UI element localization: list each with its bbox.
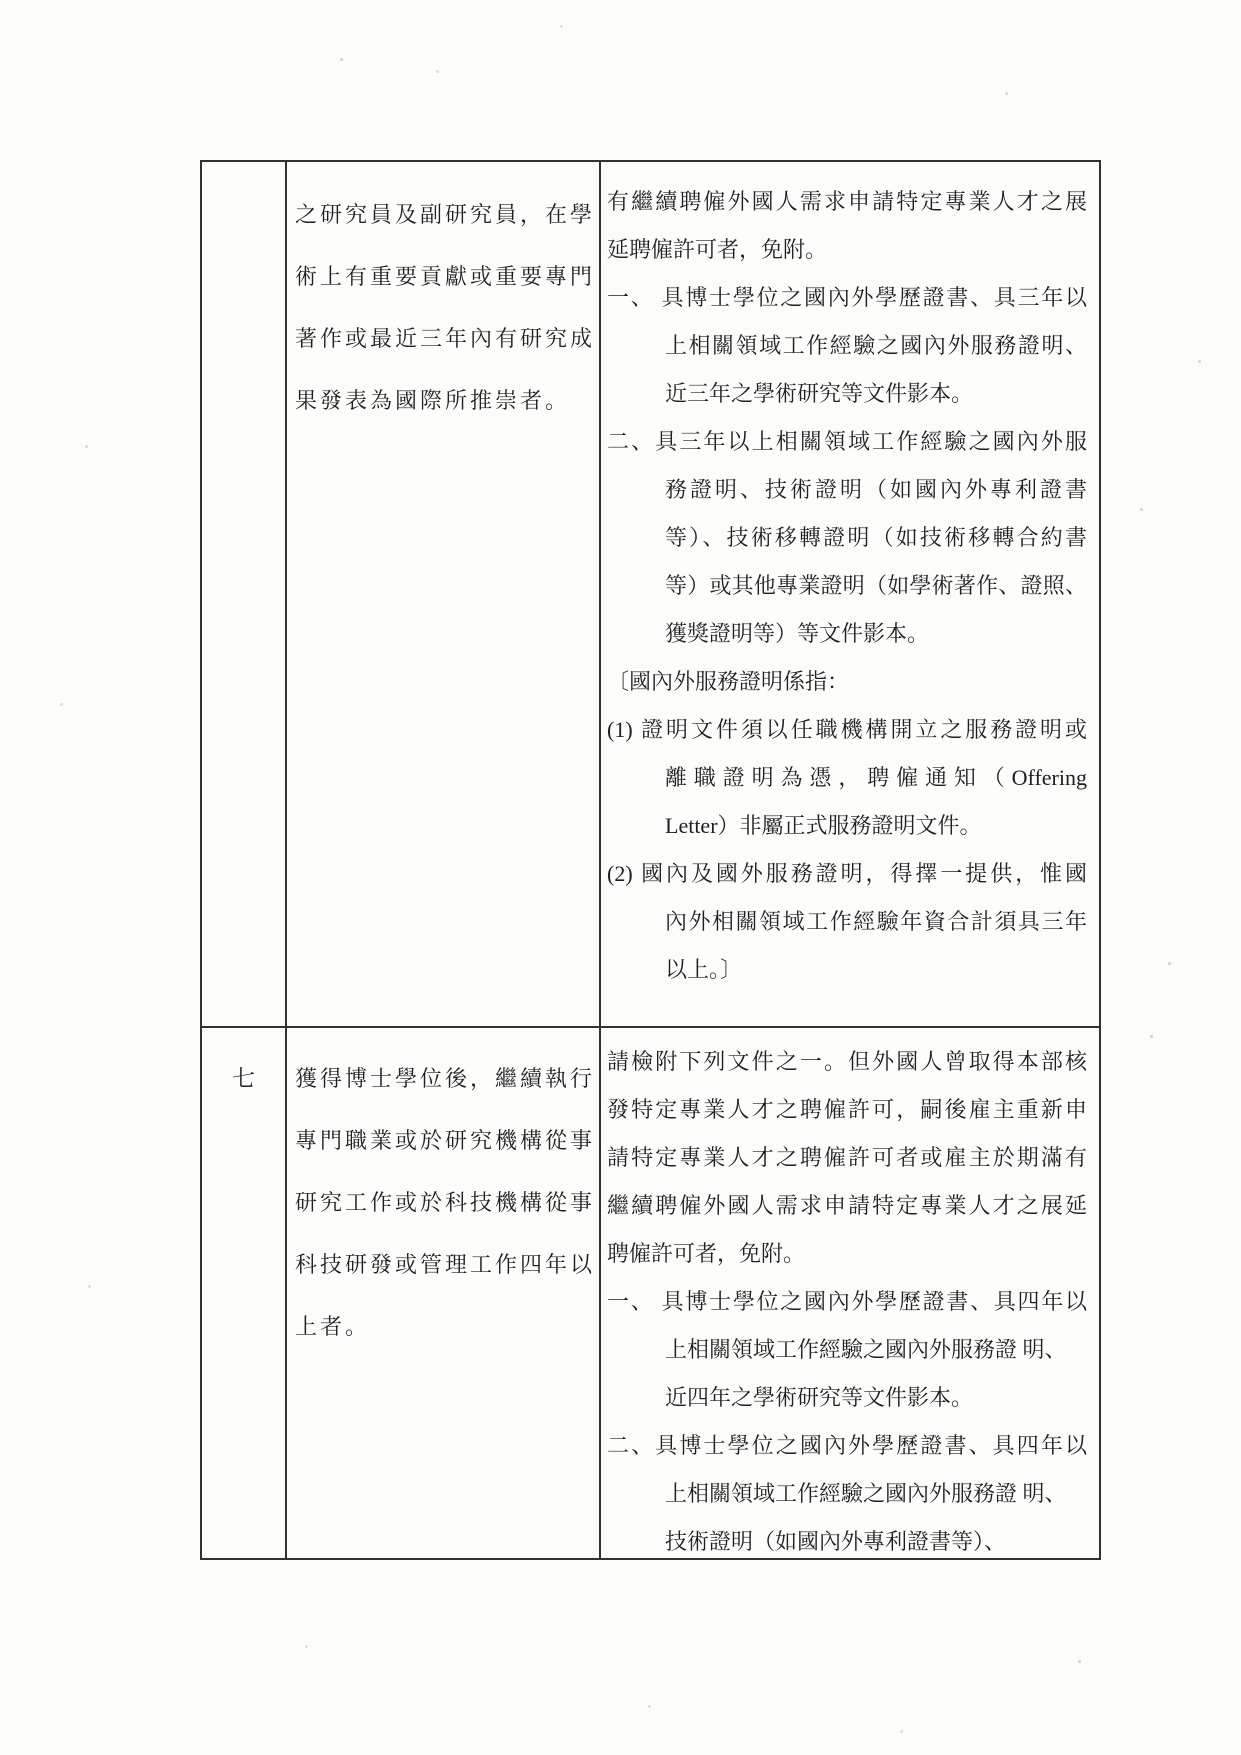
scanned-document-page: 之研究員及副研究員，在學 術上有重要貢獻或重要專門 著作或最近三年內有研究成 果…	[0, 0, 1241, 1755]
criteria-text-line: 獲得博士學位後，繼續執行	[295, 1048, 595, 1110]
row-number-cell	[202, 162, 285, 1026]
requirement-text-line: (1) 證明文件須以任職機構開立之服務證明或	[607, 706, 1087, 754]
required-documents-cell: 請檢附下列文件之一。但外國人曾取得本部核 發特定專業人才之聘僱許可，嗣後雇主重新…	[599, 1028, 1099, 1558]
criteria-text-line: 著作或最近三年內有研究成	[295, 308, 595, 370]
criteria-text-line: 上者。	[295, 1296, 595, 1358]
requirement-text-line: 等）、技術移轉證明（如技術移轉合約書	[607, 514, 1087, 562]
requirement-text-line: 請檢附下列文件之一。但外國人曾取得本部核	[607, 1038, 1087, 1086]
requirement-text-line: 上相關領域工作經驗之國內外服務證 明、	[607, 1470, 1087, 1518]
criteria-cell: 之研究員及副研究員，在學 術上有重要貢獻或重要專門 著作或最近三年內有研究成 果…	[285, 162, 599, 1026]
requirement-text-line: 繼續聘僱外國人需求申請特定專業人才之展延	[607, 1182, 1087, 1230]
table-row: 七 獲得博士學位後，繼續執行 專門職業或於研究機構從事 研究工作或於科技機構從事…	[202, 1026, 1099, 1558]
criteria-text-line: 研究工作或於科技機構從事	[295, 1172, 595, 1234]
requirement-text-line: 務證明、技術證明（如國內外專利證書	[607, 466, 1087, 514]
requirement-text-line: 技術證明（如國內外專利證書等）、	[607, 1518, 1087, 1558]
requirement-text-line: 獲獎證明等）等文件影本。	[607, 610, 1087, 658]
requirement-text-line: 一、 具博士學位之國內外學歷證書、具四年以	[607, 1278, 1087, 1326]
requirement-text-line: 內外相關領域工作經驗年資合計須具三年	[607, 898, 1087, 946]
requirement-text-line: 上相關領域工作經驗之國內外服務證 明、	[607, 1326, 1087, 1374]
criteria-text-line: 專門職業或於研究機構從事	[295, 1110, 595, 1172]
table-row: 之研究員及副研究員，在學 術上有重要貢獻或重要專門 著作或最近三年內有研究成 果…	[202, 162, 1099, 1026]
requirement-text-line: 離職證明為憑，聘僱通知（Offering	[607, 754, 1087, 802]
requirement-text-line: 請特定專業人才之聘僱許可者或雇主於期滿有	[607, 1134, 1087, 1182]
requirement-text-line: 上相關領域工作經驗之國內外服務證明、	[607, 322, 1087, 370]
requirement-text-line: 以上。〕	[607, 946, 1087, 994]
requirement-text-line: (2) 國內及國外服務證明，得擇一提供，惟國	[607, 850, 1087, 898]
criteria-text-line: 之研究員及副研究員，在學	[295, 184, 595, 246]
requirement-text-line: 等）或其他專業證明（如學術著作、證照、	[607, 562, 1087, 610]
criteria-text-line: 科技研發或管理工作四年以	[295, 1234, 595, 1296]
requirement-text-line: 近三年之學術研究等文件影本。	[607, 370, 1087, 418]
requirement-text-line: 延聘僱許可者，免附。	[607, 226, 1087, 274]
requirement-text-line: 有繼續聘僱外國人需求申請特定專業人才之展	[607, 178, 1087, 226]
criteria-cell: 獲得博士學位後，繼續執行 專門職業或於研究機構從事 研究工作或於科技機構從事 科…	[285, 1028, 599, 1558]
requirement-text-line: 近四年之學術研究等文件影本。	[607, 1374, 1087, 1422]
criteria-text-line: 術上有重要貢獻或重要專門	[295, 246, 595, 308]
requirements-table: 之研究員及副研究員，在學 術上有重要貢獻或重要專門 著作或最近三年內有研究成 果…	[200, 160, 1101, 1560]
requirement-text-line: 一、 具博士學位之國內外學歷證書、具三年以	[607, 274, 1087, 322]
scan-noise	[0, 0, 3, 3]
requirement-text-line: 二、具博士學位之國內外學歷證書、具四年以	[607, 1422, 1087, 1470]
requirement-text-line: 發特定專業人才之聘僱許可，嗣後雇主重新申	[607, 1086, 1087, 1134]
requirement-text-line: 〔國內外服務證明係指：	[607, 658, 1087, 706]
required-documents-cell: 有繼續聘僱外國人需求申請特定專業人才之展 延聘僱許可者，免附。 一、 具博士學位…	[599, 162, 1099, 1026]
requirement-text-line: 聘僱許可者，免附。	[607, 1230, 1087, 1278]
requirement-text-line: 二、具三年以上相關領域工作經驗之國內外服	[607, 418, 1087, 466]
row-number: 七	[232, 1066, 255, 1091]
criteria-text-line: 果發表為國際所推崇者。	[295, 370, 595, 432]
row-number-cell: 七	[202, 1028, 285, 1558]
requirement-text-line: Letter）非屬正式服務證明文件。	[607, 802, 1087, 850]
